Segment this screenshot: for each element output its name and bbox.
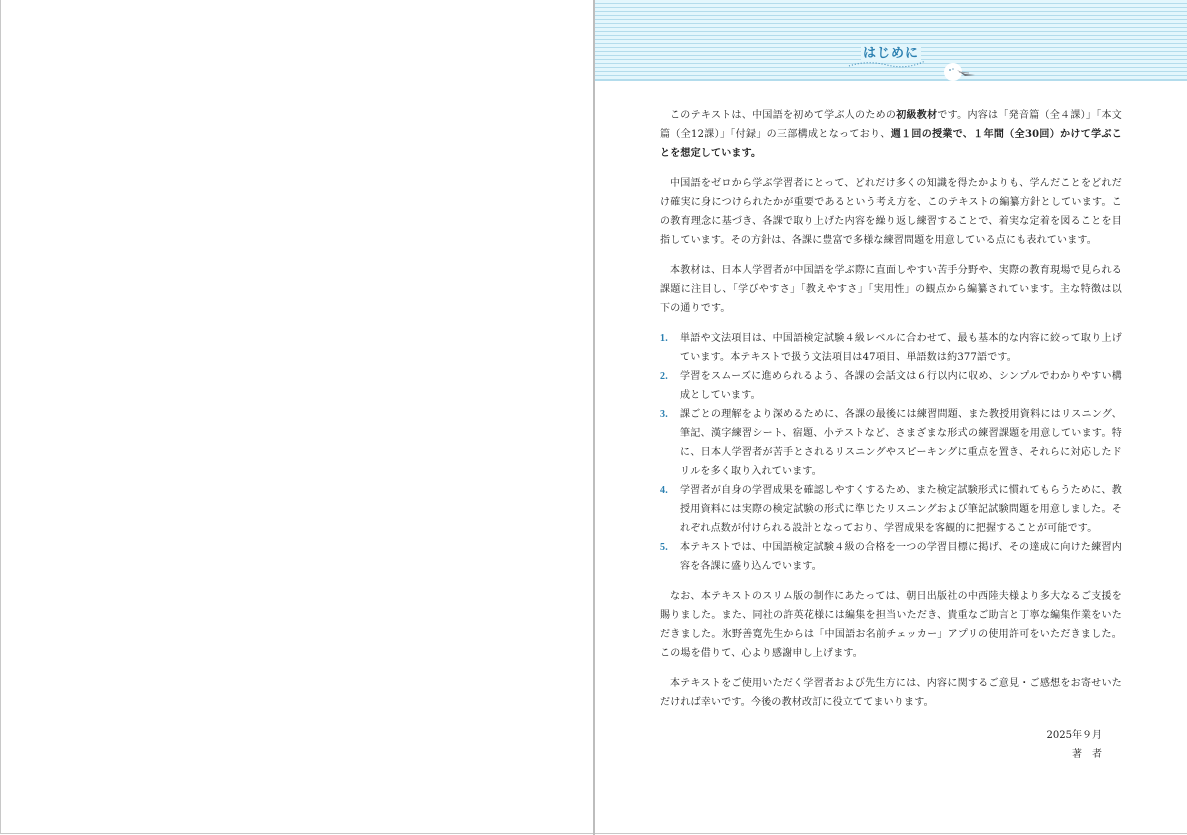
paragraph-features-intro: 本教材は、日本人学習者が中国語を学ぶ際に直面しやすい苦手分野や、実際の教育現場で… (660, 261, 1122, 318)
list-item-number: 3. (660, 405, 668, 424)
intro-text-bold-material: 初級教材 (896, 110, 937, 121)
book-spread: はじめに このテキストは、中国語を初めて学ぶ人のための初級教材です。内容は「発音… (0, 0, 1187, 835)
left-page-blank (0, 0, 594, 834)
list-item-text: 課ごとの理解をより深めるために、各課の最後には練習問題、また教授用資料にはリスニ… (680, 409, 1122, 477)
list-item-number: 4. (660, 481, 668, 500)
list-item: 3.課ごとの理解をより深めるために、各課の最後には練習問題、また教授用資料にはリ… (660, 405, 1122, 481)
paragraph-feedback-request: 本テキストをご使用いただく学習者および先生方には、内容に関するご意見・ご感想をお… (660, 674, 1122, 712)
paragraph-acknowledgements: なお、本テキストのスリム版の制作にあたっては、朝日出版社の中西陸夫様より多大なる… (660, 587, 1122, 663)
signature-block: 2025年９月 著 者 (995, 726, 1102, 764)
signature-date: 2025年９月 (995, 726, 1102, 745)
list-item: 2.学習をスムーズに進められるよう、各課の会話文は６行以内に収め、シンプルでわか… (660, 367, 1122, 405)
dotted-wave-underline-icon (847, 58, 927, 70)
signature-author: 著 者 (995, 745, 1102, 764)
list-item-number: 5. (660, 538, 668, 557)
list-item: 5.本テキストでは、中国語検定試験４級の合格を一つの学習目標に掲げ、その達成に向… (660, 538, 1122, 576)
list-item-text: 単語や文法項目は、中国語検定試験４級レベルに合わせて、最も基本的な内容に絞って取… (680, 333, 1122, 363)
features-list: 1.単語や文法項目は、中国語検定試験４級レベルに合わせて、最も基本的な内容に絞っ… (660, 329, 1122, 576)
paragraph-philosophy: 中国語をゼロから学ぶ学習者にとって、どれだけ多くの知識を得たかよりも、学んだこと… (660, 174, 1122, 250)
header-band-striped: はじめに (595, 0, 1187, 81)
list-item-text: 学習をスムーズに進められるよう、各課の会話文は６行以内に収め、シンプルでわかりや… (680, 371, 1122, 401)
list-item-text: 本テキストでは、中国語検定試験４級の合格を一つの学習目標に掲げ、その達成に向けた… (680, 542, 1122, 572)
list-item-text: 学習者が自身の学習成果を確認しやすくするため、また検定試験形式に慣れてもらうため… (680, 485, 1122, 534)
list-item: 4.学習者が自身の学習成果を確認しやすくするため、また検定試験形式に慣れてもらう… (660, 481, 1122, 538)
preface-body: このテキストは、中国語を初めて学ぶ人のための初級教材です。内容は「発音篇（全４課… (660, 106, 1122, 722)
list-item-number: 2. (660, 367, 668, 386)
paragraph-intro: このテキストは、中国語を初めて学ぶ人のための初級教材です。内容は「発音篇（全４課… (660, 106, 1122, 163)
right-page: はじめに このテキストは、中国語を初めて学ぶ人のための初級教材です。内容は「発音… (595, 0, 1187, 834)
list-item: 1.単語や文法項目は、中国語検定試験４級レベルに合わせて、最も基本的な内容に絞っ… (660, 329, 1122, 367)
list-item-number: 1. (660, 329, 668, 348)
intro-text-a: このテキストは、中国語を初めて学ぶ人のための (670, 110, 896, 121)
white-bird-icon (943, 60, 979, 82)
